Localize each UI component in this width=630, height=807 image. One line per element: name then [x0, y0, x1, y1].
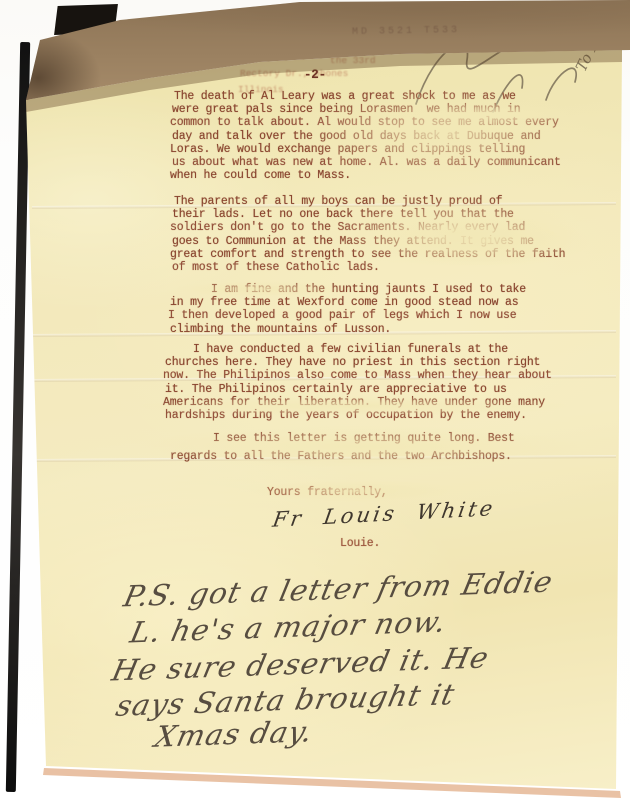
text-line: it. The Philipinos certainly are appreci… — [165, 383, 554, 396]
text-line: were great pals since being Lorasmen we … — [172, 103, 561, 116]
typed-paragraph: I have conducted a few civilian funerals… — [163, 343, 552, 422]
text-line: I see this letter is getting quite long.… — [168, 430, 515, 448]
text-line: soldiers don't go to the Sacraments. Nea… — [170, 221, 565, 234]
typed-paragraph: I see this letter is getting quite long.… — [168, 430, 515, 465]
typed-signature-name: Louie. — [340, 537, 380, 550]
text-line: Loras. We would exchange papers and clip… — [170, 143, 559, 156]
text-line: I then developed a good pair of legs whi… — [168, 309, 526, 322]
text-line: I have conducted a few civilian funerals… — [163, 343, 552, 356]
text-line: churches here. They have no priest in th… — [165, 356, 554, 369]
text-line: now. The Philipinos also come to Mass wh… — [163, 369, 552, 382]
text-line: The parents of all my boys can be justly… — [170, 195, 565, 208]
text-line: hardships during the years of occupation… — [165, 409, 554, 422]
text-line: climbing the mountains of Lusson. — [170, 323, 528, 336]
typed-paragraph: I am fine and the hunting jaunts I used … — [168, 283, 526, 336]
text-line: their lads. Let no one back there tell y… — [172, 208, 567, 221]
postscript-line: P.S. got a letter from Eddie — [121, 565, 557, 614]
faint-stamp-text: MD 3521 T533 — [352, 25, 460, 38]
text-line: great comfort and strength to see the re… — [170, 248, 565, 261]
typed-paragraph: The death of Al Leary was a great shock … — [170, 90, 559, 182]
text-line: The death of Al Leary was a great shock … — [170, 90, 559, 103]
postscript-line: Xmas day. — [152, 714, 317, 753]
text-line: of most of these Catholic lads. — [172, 261, 567, 274]
letter-paper: the 33rd Rectory Dr., phones Illinois To… — [0, 0, 630, 807]
typed-paragraph: The parents of all my boys can be justly… — [170, 195, 565, 274]
text-line: regards to all the Fathers and the two A… — [170, 448, 517, 466]
text-line: us about what was new at home. Al. was a… — [172, 156, 561, 169]
text-line: Americans for their liberation. They hav… — [163, 396, 552, 409]
handwritten-signature: Fr Louis White — [271, 496, 497, 531]
text-line: I am fine and the hunting jaunts I used … — [168, 283, 526, 296]
text-line: in my free time at Wexford come in good … — [170, 296, 528, 309]
text-line: when he could come to Mass. — [170, 169, 559, 182]
scanned-letter-page: the 33rd Rectory Dr., phones Illinois To… — [0, 0, 630, 807]
text-line: common to talk about. Al would stop to s… — [170, 116, 559, 129]
text-line: day and talk over the good old days back… — [172, 130, 561, 143]
scan-edge-strip — [6, 42, 30, 792]
closing-line: Yours fraternally, — [267, 486, 388, 499]
text-line: goes to Communion at the Mass they atten… — [172, 235, 567, 248]
